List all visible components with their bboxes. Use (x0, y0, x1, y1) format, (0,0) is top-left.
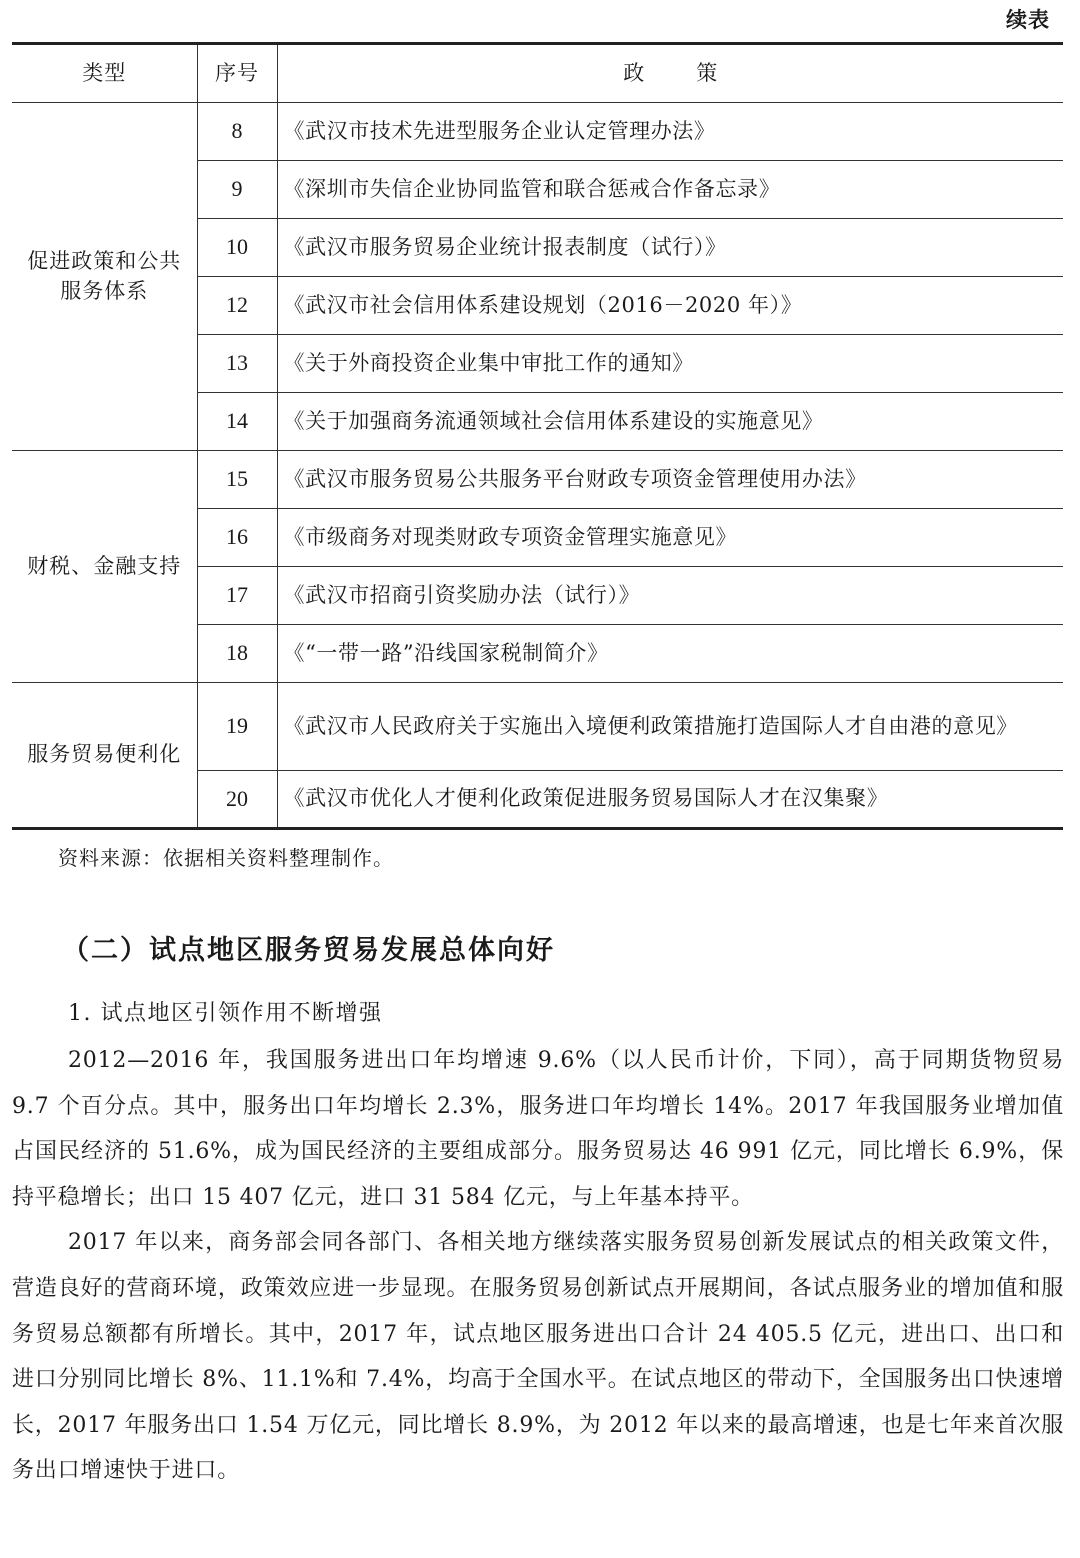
table-row: 服务贸易便利化 19 《武汉市人民政府关于实施出入境便利政策措施打造国际人才自由… (12, 683, 1063, 771)
header-number: 序号 (197, 44, 277, 103)
policy-table: 类型 序号 政策 促进政策和公共服务体系 8 《武汉市技术先进型服务企业认定管理… (12, 42, 1063, 830)
policy-cell: 《武汉市招商引资奖励办法（试行）》 (277, 567, 1063, 625)
table-row: 财税、金融支持 15 《武汉市服务贸易公共服务平台财政专项资金管理使用办法》 (12, 451, 1063, 509)
number-cell: 10 (197, 219, 277, 277)
number-cell: 12 (197, 277, 277, 335)
number-cell: 8 (197, 103, 277, 161)
number-cell: 15 (197, 451, 277, 509)
policy-cell: 《武汉市服务贸易公共服务平台财政专项资金管理使用办法》 (277, 451, 1063, 509)
paragraph: 2012—2016 年，我国服务进出口年均增速 9.6%（以人民币计价，下同），… (12, 1038, 1064, 1220)
policy-cell: 《武汉市服务贸易企业统计报表制度（试行）》 (277, 219, 1063, 277)
table-row: 促进政策和公共服务体系 8 《武汉市技术先进型服务企业认定管理办法》 (12, 103, 1063, 161)
number-cell: 19 (197, 683, 277, 771)
subsection-heading: 1. 试点地区引领作用不断增强 (68, 996, 382, 1027)
number-cell: 20 (197, 771, 277, 829)
policy-cell: 《关于外商投资企业集中审批工作的通知》 (277, 335, 1063, 393)
number-cell: 16 (197, 509, 277, 567)
paragraph: 2017 年以来，商务部会同各部门、各相关地方继续落实服务贸易创新发展试点的相关… (12, 1220, 1064, 1494)
header-type: 类型 (12, 44, 197, 103)
continued-table-label: 续表 (1006, 4, 1050, 34)
policy-cell: 《深圳市失信企业协同监管和联合惩戒合作备忘录》 (277, 161, 1063, 219)
section-heading: （二）试点地区服务贸易发展总体向好 (62, 928, 555, 967)
type-cell: 促进政策和公共服务体系 (12, 103, 197, 451)
table-header-row: 类型 序号 政策 (12, 44, 1063, 103)
number-cell: 18 (197, 625, 277, 683)
header-policy: 政策 (277, 44, 1063, 103)
policy-cell: 《市级商务对现类财政专项资金管理实施意见》 (277, 509, 1063, 567)
policy-cell: 《武汉市技术先进型服务企业认定管理办法》 (277, 103, 1063, 161)
source-note: 资料来源：依据相关资料整理制作。 (58, 842, 394, 871)
number-cell: 17 (197, 567, 277, 625)
number-cell: 13 (197, 335, 277, 393)
number-cell: 9 (197, 161, 277, 219)
number-cell: 14 (197, 393, 277, 451)
type-cell: 服务贸易便利化 (12, 683, 197, 829)
policy-cell: 《“一带一路”沿线国家税制简介》 (277, 625, 1063, 683)
body-text: 2012—2016 年，我国服务进出口年均增速 9.6%（以人民币计价，下同），… (12, 1038, 1064, 1494)
type-cell: 财税、金融支持 (12, 451, 197, 683)
policy-cell: 《武汉市优化人才便利化政策促进服务贸易国际人才在汉集聚》 (277, 771, 1063, 829)
policy-cell: 《武汉市人民政府关于实施出入境便利政策措施打造国际人才自由港的意见》 (277, 683, 1063, 771)
policy-cell: 《关于加强商务流通领域社会信用体系建设的实施意见》 (277, 393, 1063, 451)
policy-cell: 《武汉市社会信用体系建设规划（2016－2020 年）》 (277, 277, 1063, 335)
